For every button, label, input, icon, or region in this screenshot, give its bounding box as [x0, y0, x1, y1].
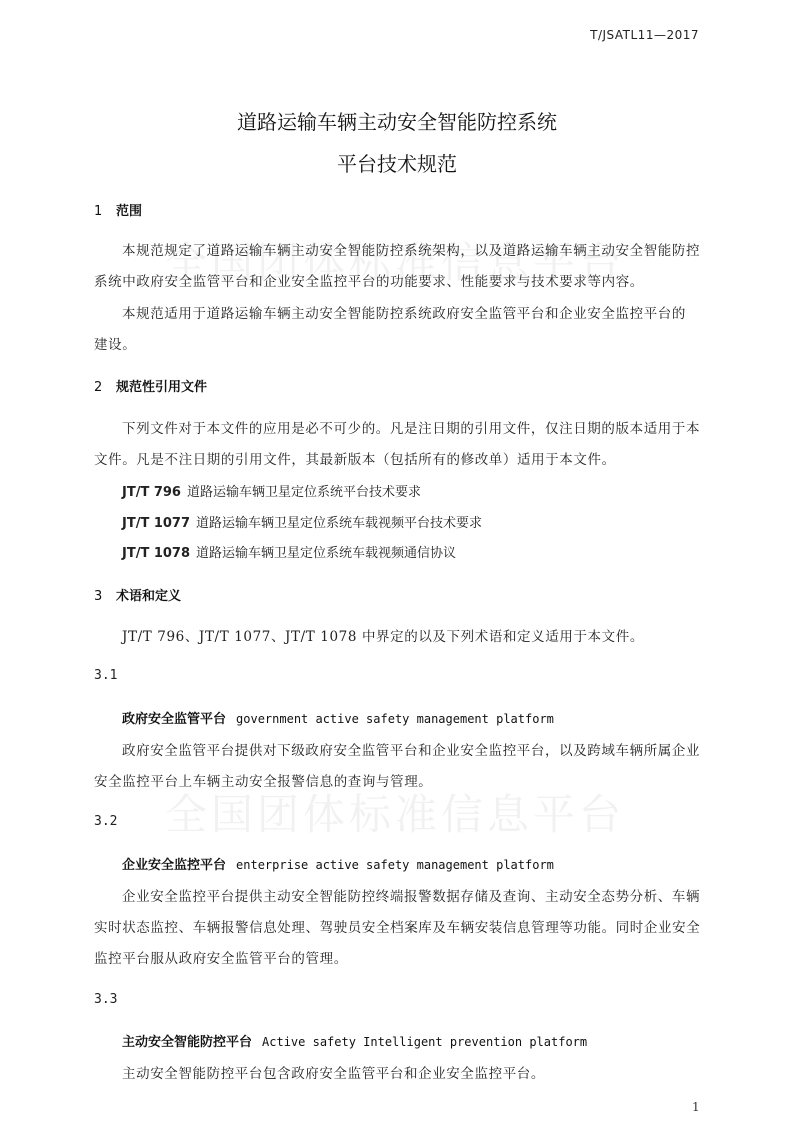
term-english: enterprise active safety management plat… [236, 858, 554, 872]
reference-item: JT/T 1077道路运输车辆卫星定位系统车载视频平台技术要求 [122, 512, 482, 531]
subsection-number: 3.3 [94, 992, 117, 1007]
paragraph-line: 本规范适用于道路运输车辆主动安全智能防控系统政府安全监管平台和企业安全监控平台的 [122, 302, 686, 322]
reference-code: JT/T 796 [122, 485, 181, 500]
definition-line: 监控平台服从政府安全监管平台的管理。 [94, 947, 348, 967]
term-english: government active safety management plat… [236, 712, 554, 726]
term-english: Active safety Intelligent prevention pla… [262, 1035, 587, 1049]
section-heading-2: 2规范性引用文件 [94, 376, 207, 395]
subsection-number: 3.2 [94, 814, 117, 829]
paragraph-line: 建设。 [94, 333, 136, 353]
section-number: 3 [94, 589, 116, 604]
paragraph-line: 本规范规定了道路运输车辆主动安全智能防控系统架构，以及道路运输车辆主动安全智能防… [122, 239, 700, 259]
definition-line: 实时状态监控、车辆报警信息处理、驾驶员安全档案库及车辆安装信息管理等功能。同时企… [94, 916, 700, 936]
term-entry: 政府安全监管平台government active safety managem… [122, 708, 554, 727]
subsection-number: 3.1 [94, 668, 117, 683]
paragraph-line: JT/T 796、JT/T 1077、JT/T 1078 中界定的以及下列术语和… [122, 625, 644, 645]
section-title: 术语和定义 [116, 589, 181, 604]
term-entry: 主动安全智能防控平台Active safety Intelligent prev… [122, 1031, 587, 1050]
document-page: T/JSATL11—2017 道路运输车辆主动安全智能防控系统 平台技术规范 全… [0, 0, 794, 1123]
reference-code: JT/T 1078 [122, 546, 190, 561]
definition-line: 主动安全智能防控平台包含政府安全监管平台和企业安全监控平台。 [122, 1062, 545, 1082]
term-chinese: 主动安全智能防控平台 [122, 1035, 252, 1050]
reference-item: JT/T 1078道路运输车辆卫星定位系统车载视频通信协议 [122, 542, 456, 561]
definition-line: 安全监控平台上车辆主动安全报警信息的查询与管理。 [94, 770, 432, 790]
section-number: 1 [94, 204, 116, 219]
document-title-line1: 道路运输车辆主动安全智能防控系统 [0, 106, 794, 135]
reference-title: 道路运输车辆卫星定位系统平台技术要求 [187, 485, 421, 500]
watermark: 全国团体标准信息平台 [165, 782, 625, 842]
definition-line: 政府安全监管平台提供对下级政府安全监管平台和企业安全监控平台，以及跨域车辆所属企… [122, 739, 700, 759]
section-title: 规范性引用文件 [116, 380, 207, 395]
reference-item: JT/T 796道路运输车辆卫星定位系统平台技术要求 [122, 481, 421, 500]
reference-code: JT/T 1077 [122, 516, 190, 531]
paragraph-line: 下列文件对于本文件的应用是必不可少的。凡是注日期的引用文件，仅注日期的版本适用于… [122, 417, 700, 437]
paragraph-line: 文件。凡是不注日期的引用文件，其最新版本（包括所有的修改单）适用于本文件。 [94, 448, 616, 468]
section-heading-1: 1范围 [94, 200, 142, 219]
section-heading-3: 3术语和定义 [94, 585, 181, 604]
section-title: 范围 [116, 204, 142, 219]
term-entry: 企业安全监控平台enterprise active safety managem… [122, 854, 554, 873]
reference-title: 道路运输车辆卫星定位系统车载视频通信协议 [196, 546, 456, 561]
standard-code: T/JSATL11—2017 [590, 28, 699, 42]
document-title-line2: 平台技术规范 [0, 148, 794, 177]
section-number: 2 [94, 380, 116, 395]
page-number: 1 [692, 1100, 700, 1114]
term-chinese: 企业安全监控平台 [122, 858, 226, 873]
definition-line: 企业安全监控平台提供主动安全智能防控终端报警数据存储及查询、主动安全态势分析、车… [122, 885, 700, 905]
paragraph-line: 系统中政府安全监管平台和企业安全监控平台的功能要求、性能要求与技术要求等内容。 [94, 270, 644, 290]
reference-title: 道路运输车辆卫星定位系统车载视频平台技术要求 [196, 516, 482, 531]
term-chinese: 政府安全监管平台 [122, 712, 226, 727]
